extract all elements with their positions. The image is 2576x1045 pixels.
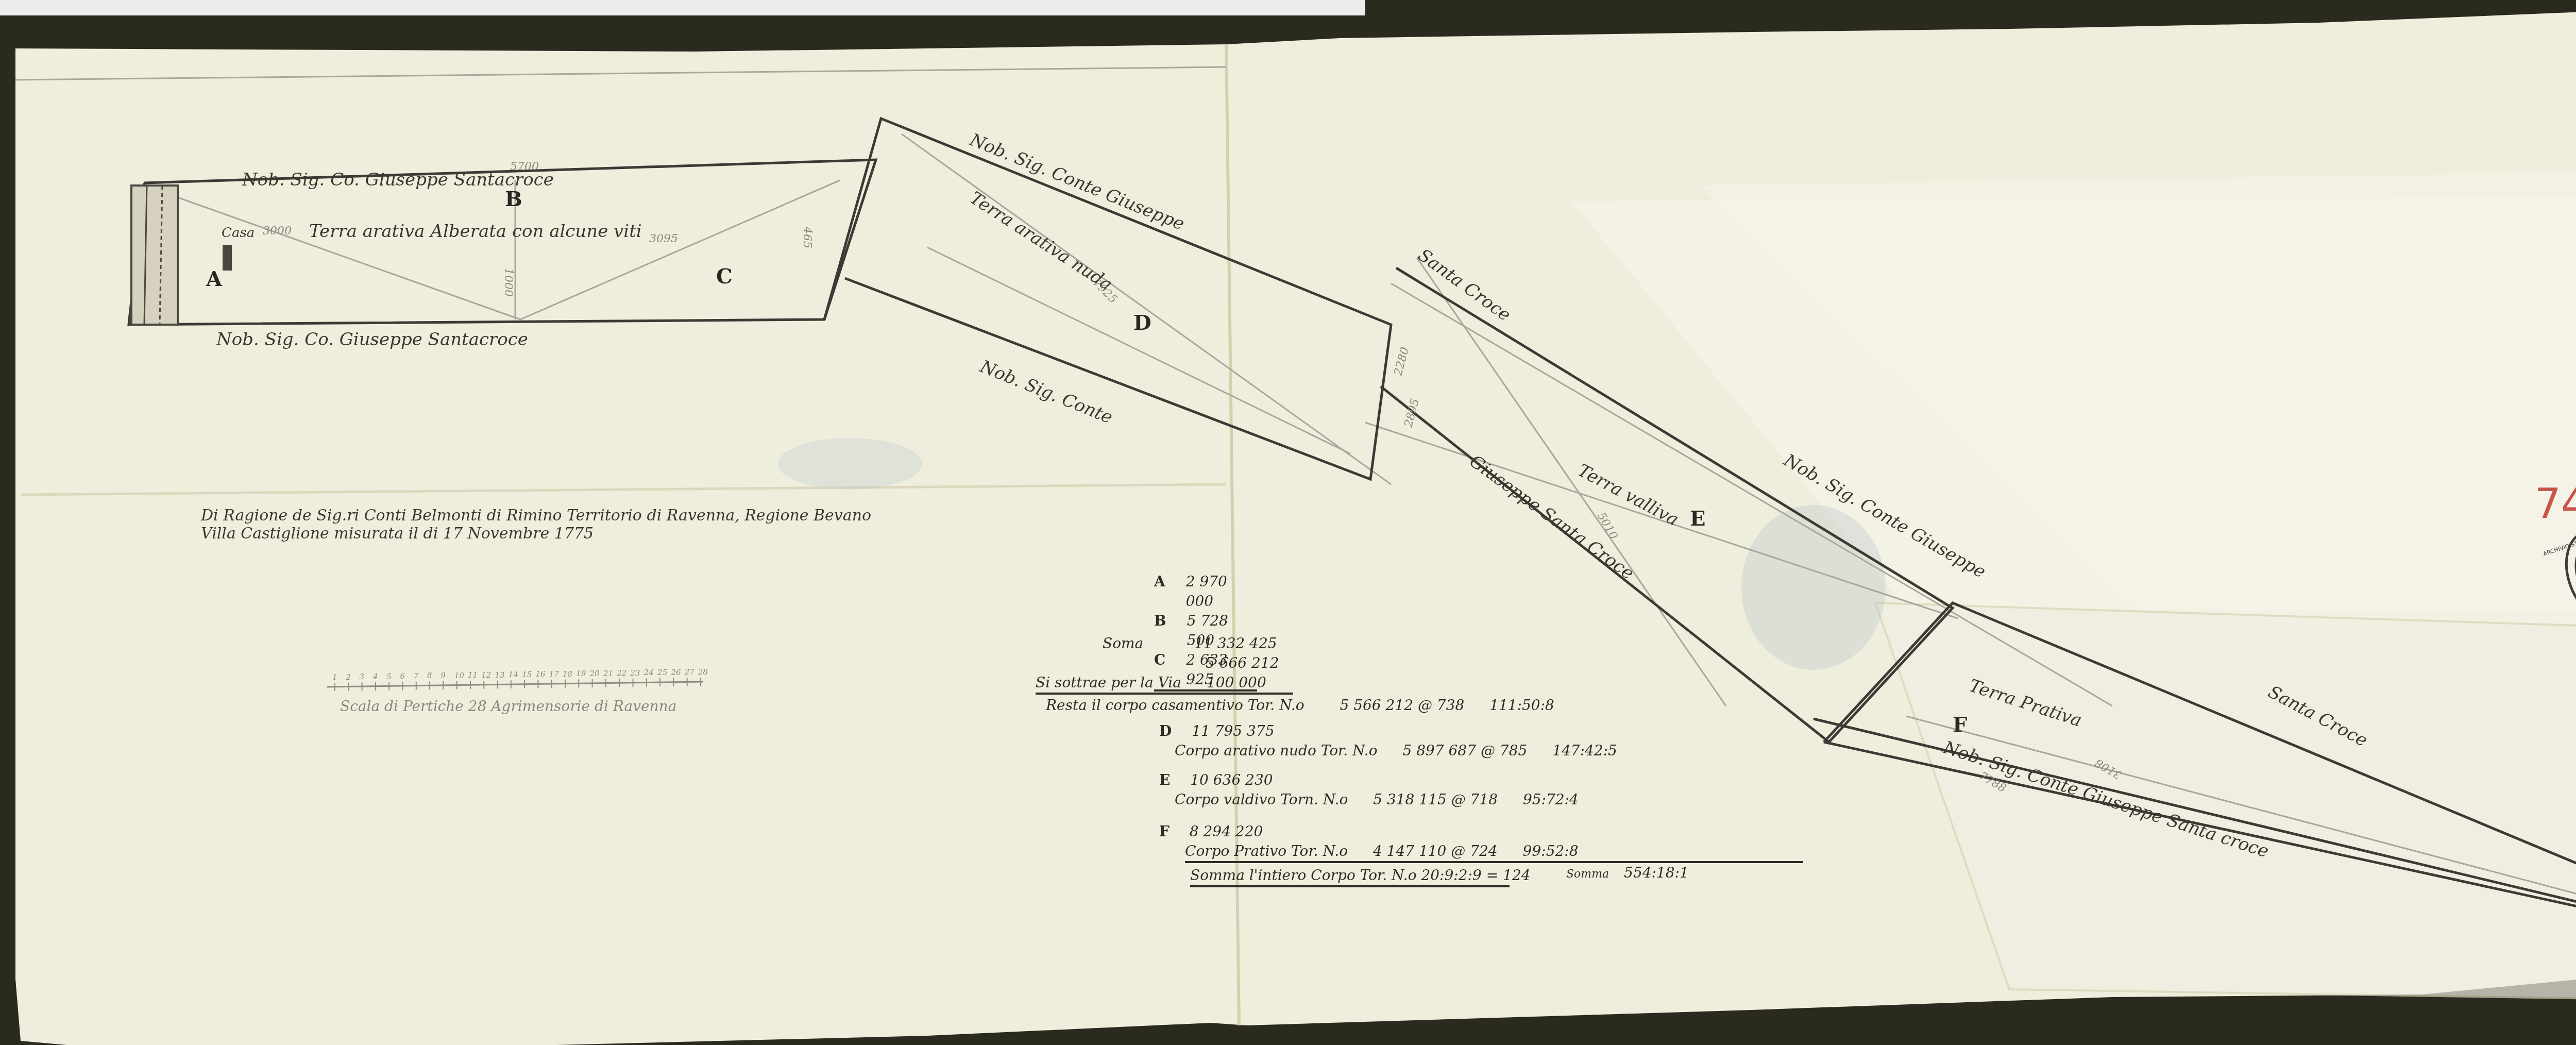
- scale-tick-label: 3: [360, 672, 365, 681]
- scale-tick-label: 14: [509, 670, 518, 679]
- scale-tick-label: 21: [603, 669, 613, 678]
- scale-tick-label: 20: [589, 669, 600, 678]
- half-value: 5 666 212: [1206, 653, 1279, 673]
- table-row-a: A2 970 000: [1154, 572, 1257, 611]
- scale-tick-label: 4: [372, 672, 378, 681]
- somma-value: 11 332 425: [1194, 635, 1277, 652]
- svg-text:3095: 3095: [649, 232, 678, 245]
- resta-label: Resta il corpo casamentivo Tor. N.o: [1046, 697, 1304, 714]
- parcel-letter-f: F: [1953, 713, 1967, 737]
- via-label: Si sottrae per la Via: [1036, 674, 1181, 691]
- parcel-letter-b: B: [505, 187, 522, 211]
- e-value: 10 636 230: [1190, 771, 1273, 788]
- scale-tick-label: 10: [454, 671, 465, 680]
- scale-tick-label: 28: [698, 667, 708, 677]
- svg-text:5700: 5700: [510, 160, 539, 173]
- somma-label: Soma: [1103, 635, 1143, 652]
- via-value: 100 000: [1207, 674, 1266, 691]
- sum-value: 20:9:2:9 = 124: [1421, 867, 1530, 884]
- parcel-letter-d: D: [1133, 311, 1151, 335]
- scale-tick-label: 26: [670, 668, 681, 677]
- sum-label: Somma l'intiero Corpo Tor. N.o: [1190, 867, 1417, 884]
- scale-tick-label: 6: [400, 671, 405, 681]
- scale-tick-label: 5: [386, 672, 392, 681]
- scale-tick-label: 23: [630, 668, 640, 678]
- map-sheet: A B C D E F Casa Terra arativa Alberata …: [0, 0, 2576, 1045]
- grand-total: 554:18:1: [1624, 864, 1689, 881]
- d-value: 11 795 375: [1192, 722, 1274, 739]
- scale-tick-label: 22: [616, 668, 626, 678]
- scale-tick-label: 27: [684, 667, 695, 677]
- title-line-2: Villa Castiglione misurata il di 17 Nove…: [201, 525, 594, 543]
- resta-total: 111:50:8: [1489, 697, 1554, 714]
- title-line-1: Di Ragione de Sig.ri Conti Belmonti di R…: [200, 507, 871, 525]
- scale-tick-label: 7: [414, 671, 419, 681]
- scale-tick-label: 11: [468, 670, 478, 680]
- svg-text:1000: 1000: [502, 268, 515, 297]
- archive-number: 742: [2535, 480, 2576, 528]
- abc-description: Terra arativa Alberata con alcune viti: [309, 221, 642, 242]
- scale-tick-label: 15: [522, 670, 532, 679]
- canal-icon: [131, 186, 178, 325]
- scale-tick-label: 24: [643, 668, 654, 677]
- scale-tick-label: 2: [345, 672, 351, 682]
- scale-tick-label: 8: [427, 671, 432, 680]
- scale-label: Scala di Pertiche 28 Agrimensorie di Rav…: [340, 698, 676, 715]
- parcel-letter-e: E: [1690, 507, 1706, 531]
- scale-tick-label: 25: [657, 668, 667, 677]
- resta-rate: @ 738: [1418, 697, 1464, 714]
- grand-label: Somma: [1566, 868, 1609, 881]
- scale-tick-label: 1: [332, 672, 337, 682]
- abc-south-boundary: Nob. Sig. Co. Giuseppe Santacroce: [216, 329, 528, 350]
- scale-tick-label: 13: [495, 670, 505, 680]
- scale-tick-label: 18: [563, 669, 572, 679]
- resta-value: 5 566 212: [1340, 697, 1414, 714]
- scale-tick-label: 17: [549, 669, 560, 679]
- scale-tick-label: 9: [440, 671, 446, 680]
- parcel-letter-a: A: [206, 267, 223, 291]
- svg-text:465: 465: [801, 226, 814, 248]
- scale-tick-label: 16: [535, 669, 546, 679]
- f-desc: Corpo Prativo Tor. N.o: [1185, 842, 1348, 859]
- house-icon: [223, 245, 232, 271]
- house-label: Casa: [222, 225, 255, 241]
- svg-text:3000: 3000: [263, 225, 292, 238]
- f-value: 8 294 220: [1190, 823, 1263, 840]
- scale-tick-label: 19: [576, 669, 586, 678]
- scale-tick-label: 12: [481, 670, 491, 680]
- abc-north-boundary: Nob. Sig. Co. Giuseppe Santacroce: [242, 170, 554, 190]
- e-desc: Corpo valdivo Torn. N.o: [1175, 791, 1348, 808]
- d-desc: Corpo arativo nudo Tor. N.o: [1175, 742, 1378, 759]
- parcel-letter-c: C: [716, 264, 733, 289]
